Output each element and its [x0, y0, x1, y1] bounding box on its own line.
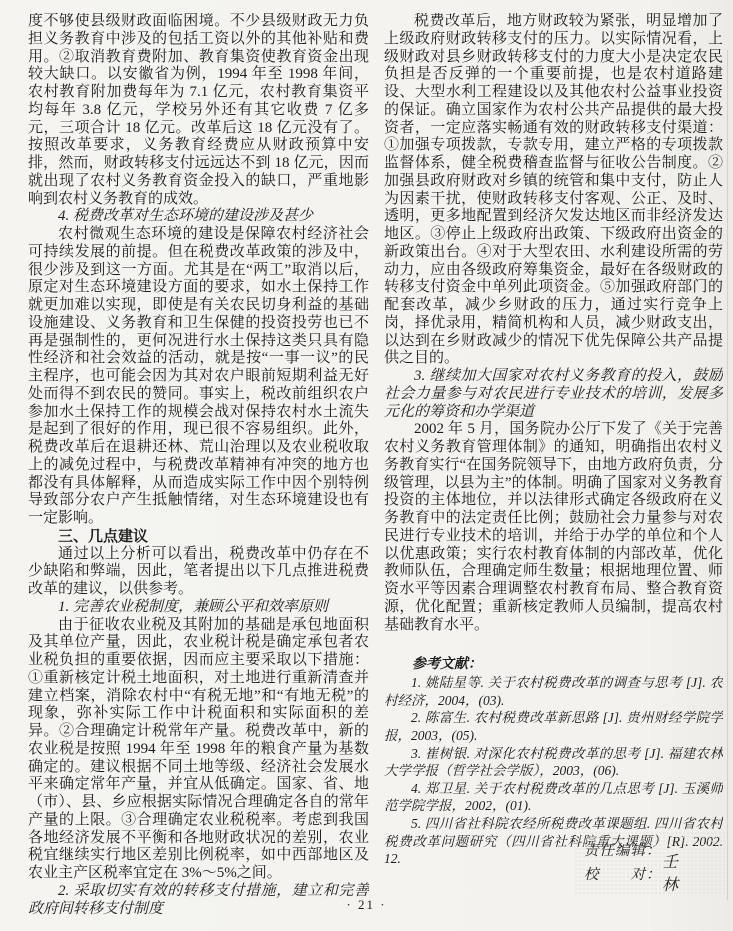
body-paragraph: 通过以上分析可以看出，税费改革中仍存在不少缺陷和弊端，因此，笔者提出以下几点推进… — [28, 546, 369, 599]
left-column: 度不够使县级财政面临困境。不少县级财政无力负担义务教育中涉及的包括工资以外的其他… — [28, 13, 369, 925]
reference-item: 1. 姚陆星等. 关于农村税费改革的调查与思考 [J]. 农村经济，2004，(… — [384, 674, 723, 709]
body-paragraph: 税费改革后，地方财政较为紧张，明显增加了上级政府财政转移支付的压力。以实际情况看… — [384, 13, 723, 368]
editor-credit-box: 责任编辑： 校 对： 壬 林 — [574, 831, 726, 895]
scanned-paper-page: 度不够使县级财政面临困境。不少县级财政无力负担义务教育中涉及的包括工资以外的其他… — [0, 0, 733, 931]
references-title: 参考文献： — [384, 656, 723, 674]
proofreader-label: 校 对： — [584, 863, 662, 884]
section-heading: 三、几点建议 — [28, 528, 369, 546]
scan-edge-artifact — [727, 50, 728, 900]
reference-item: 4. 郑卫星. 关于农村税费改革的几点思考 [J]. 玉溪师范学院学报，2002… — [384, 780, 723, 815]
responsible-editor-label: 责任编辑： — [584, 839, 662, 860]
page-number: · 21 · — [0, 897, 733, 913]
reference-item: 3. 崔树银. 对深化农村税费改革的思考 [J]. 福建农林大学学报（哲学社会学… — [384, 745, 723, 780]
right-column: 税费改革后，地方财政较为紧张，明显增加了上级政府财政转移支付的压力。以实际情况看… — [384, 13, 723, 925]
body-paragraph: 农村微观生态环境的建设是保障农村经济社会可持续发展的前提。但在税费改革政策的涉及… — [28, 226, 369, 528]
editor-name: 壬 林 — [662, 849, 726, 895]
section-heading: 1. 完善农业税制度，兼顾公平和效率原则 — [28, 599, 369, 617]
section-heading: 3. 继续加大国家对农村义务教育的投入，鼓励社会力量参与对农民进行专业技术的培训… — [384, 368, 723, 421]
body-paragraph: 由于征收农业税及其附加的基础是承包地面积及其单位产量，因此，农业税计税是确定承包… — [28, 617, 369, 883]
section-heading: 4. 税费改革对生态环境的建设涉及甚少 — [28, 208, 369, 226]
body-paragraph: 2002 年 5 月，国务院办公厅下发了《关于完善农村义务教育管理体制》的通知，… — [384, 421, 723, 634]
body-paragraph: 度不够使县级财政面临困境。不少县级财政无力负担义务教育中涉及的包括工资以外的其他… — [28, 13, 369, 208]
reference-item: 2. 陈富生. 农村税费改革新思路 [J]. 贵州财经学院学报，2003，(05… — [384, 709, 723, 744]
